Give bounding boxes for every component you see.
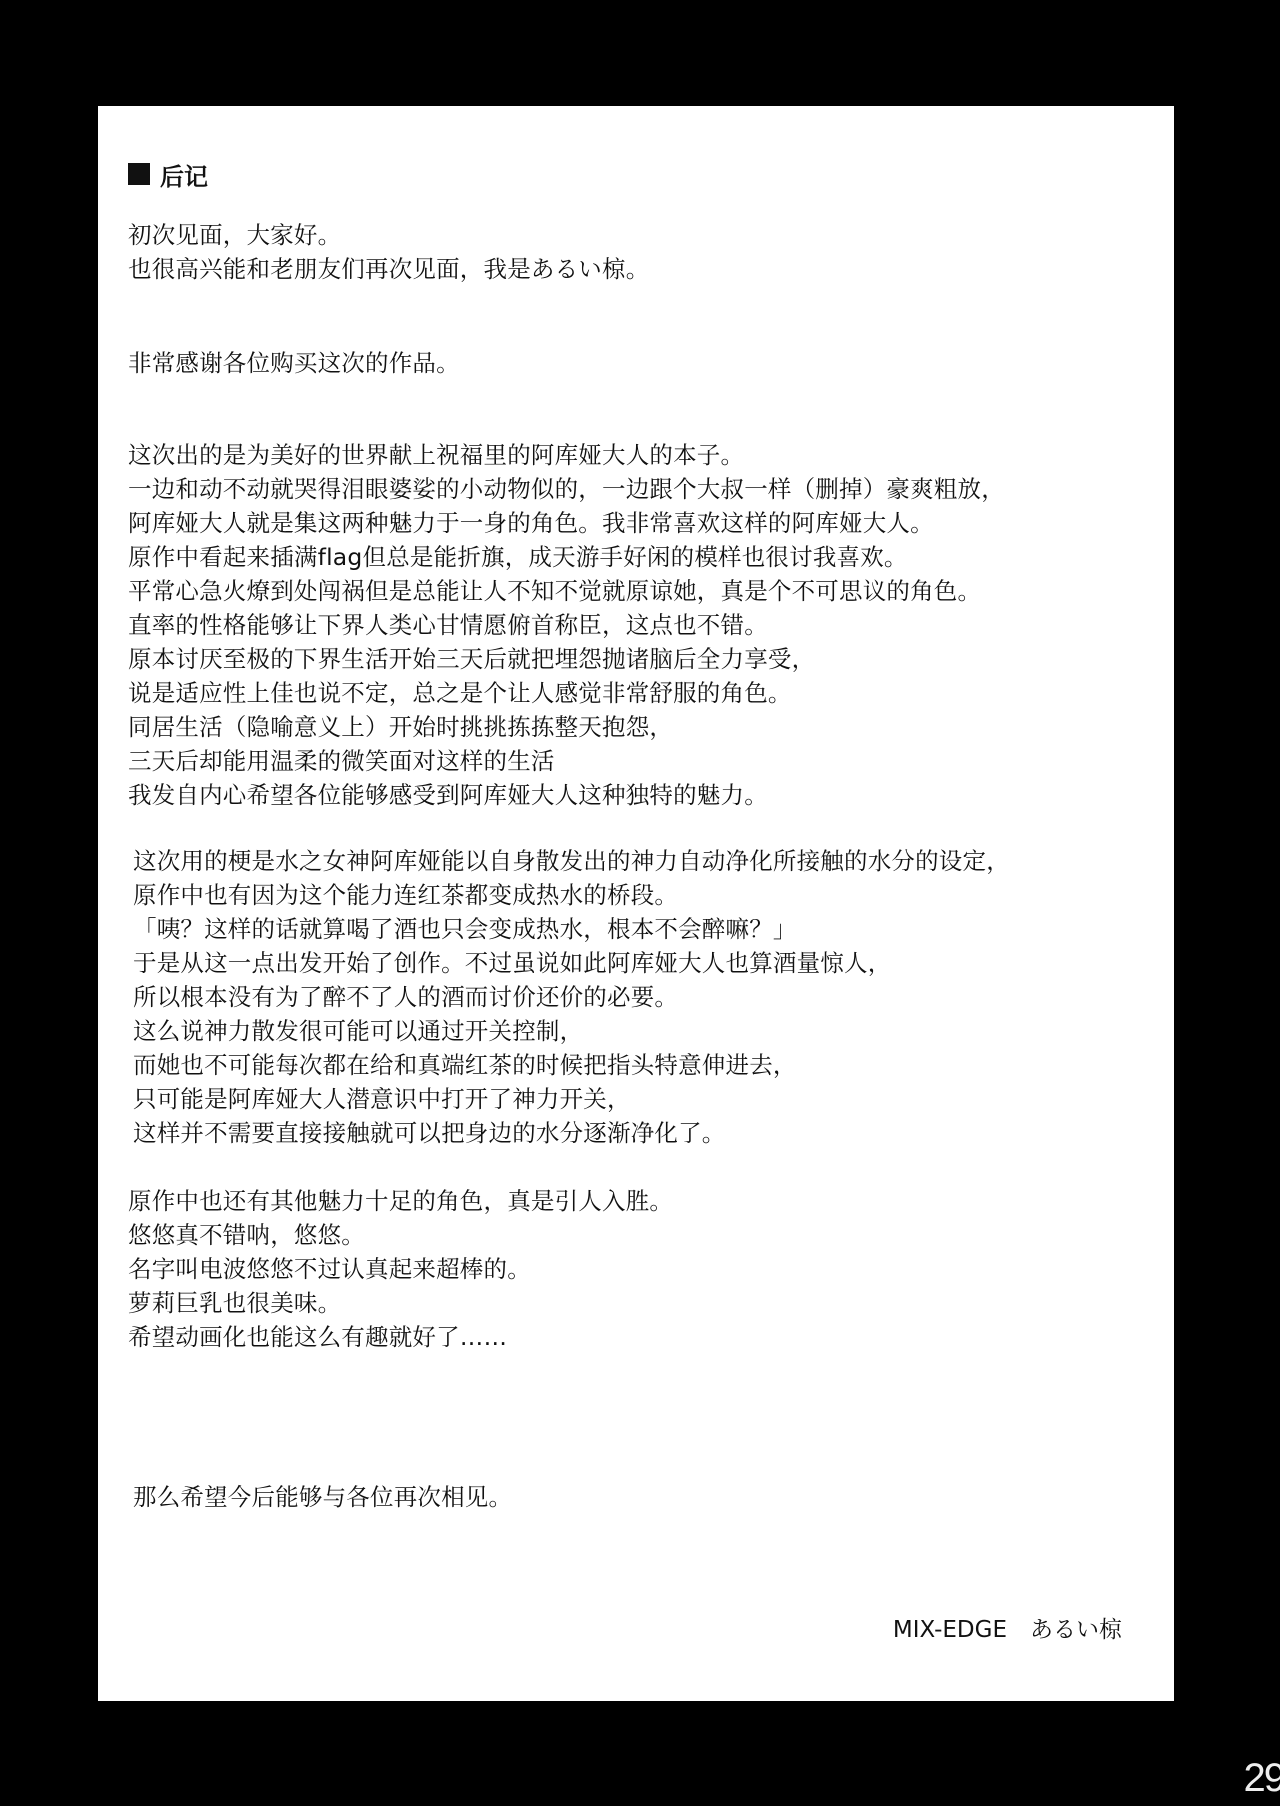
text-line: 我发自内心希望各位能够感受到阿库娅大人这种独特的魅力。 xyxy=(128,778,768,812)
signature: MIX-EDGE あるい椋 xyxy=(893,1611,1122,1644)
black-square-icon xyxy=(128,163,150,185)
text-line: 一边和动不动就哭得泪眼婆娑的小动物似的，一边跟个大叔一样（删掉）豪爽粗放， xyxy=(128,472,1005,506)
text-line: 三天后却能用温柔的微笑面对这样的生活 xyxy=(128,744,555,778)
text-line: 「咦？这样的话就算喝了酒也只会变成热水，根本不会醉嘛？」 xyxy=(133,912,797,946)
page-number: 29 xyxy=(1244,1756,1280,1801)
page-title: 后记 xyxy=(128,158,208,190)
text-line: 原作中也有因为这个能力连红茶都变成热水的桥段。 xyxy=(133,878,678,912)
text-line: 所以根本没有为了醉不了人的酒而讨价还价的必要。 xyxy=(133,980,678,1014)
text-line: 同居生活（隐喻意义上）开始时挑挑拣拣整天抱怨， xyxy=(128,710,673,744)
text-line: 原本讨厌至极的下界生活开始三天后就把埋怨抛诸脑后全力享受， xyxy=(128,642,815,676)
text-line: 原作中也还有其他魅力十足的角色，真是引人入胜。 xyxy=(128,1184,673,1218)
text-line: 平常心急火燎到处闯祸但是总能让人不知不觉就原谅她，真是个不可思议的角色。 xyxy=(128,574,981,608)
text-line: 非常感谢各位购买这次的作品。 xyxy=(128,346,460,380)
text-line: 说是适应性上佳也说不定，总之是个让人感觉非常舒服的角色。 xyxy=(128,676,792,710)
text-line: 这次用的梗是水之女神阿库娅能以自身散发出的神力自动净化所接触的水分的设定， xyxy=(133,844,1010,878)
text-line: 悠悠真不错呐，悠悠。 xyxy=(128,1218,365,1252)
afterword-page: 后记 初次见面，大家好。 也很高兴能和老朋友们再次见面，我是あるい椋。 非常感谢… xyxy=(98,106,1174,1701)
text-line: 这次出的是为美好的世界献上祝福里的阿库娅大人的本子。 xyxy=(128,438,744,472)
heading-text: 后记 xyxy=(160,157,208,192)
closing-line: 那么希望今后能够与各位再次相见。 xyxy=(133,1480,512,1514)
text-line: 于是从这一点出发开始了创作。不过虽说如此阿库娅大人也算酒量惊人， xyxy=(133,946,891,980)
text-line: 名字叫电波悠悠不过认真起来超棒的。 xyxy=(128,1252,531,1286)
text-line: 原作中看起来插满flag但总是能折旗，成天游手好闲的模样也很讨我喜欢。 xyxy=(128,540,908,574)
text-line: 阿库娅大人就是集这两种魅力于一身的角色。我非常喜欢这样的阿库娅大人。 xyxy=(128,506,934,540)
text-line: 初次见面，大家好。 xyxy=(128,218,341,252)
text-line: 而她也不可能每次都在给和真端红茶的时候把指头特意伸进去， xyxy=(133,1048,797,1082)
text-line: 希望动画化也能这么有趣就好了…… xyxy=(128,1320,507,1354)
text-line: 只可能是阿库娅大人潜意识中打开了神力开关， xyxy=(133,1082,631,1116)
text-line: 直率的性格能够让下界人类心甘情愿俯首称臣，这点也不错。 xyxy=(128,608,768,642)
text-line: 这样并不需要直接接触就可以把身边的水分逐渐净化了。 xyxy=(133,1116,726,1150)
text-line: 这么说神力散发很可能可以通过开关控制， xyxy=(133,1014,583,1048)
text-line: 萝莉巨乳也很美味。 xyxy=(128,1286,341,1320)
text-line: 也很高兴能和老朋友们再次见面，我是あるい椋。 xyxy=(128,252,649,286)
